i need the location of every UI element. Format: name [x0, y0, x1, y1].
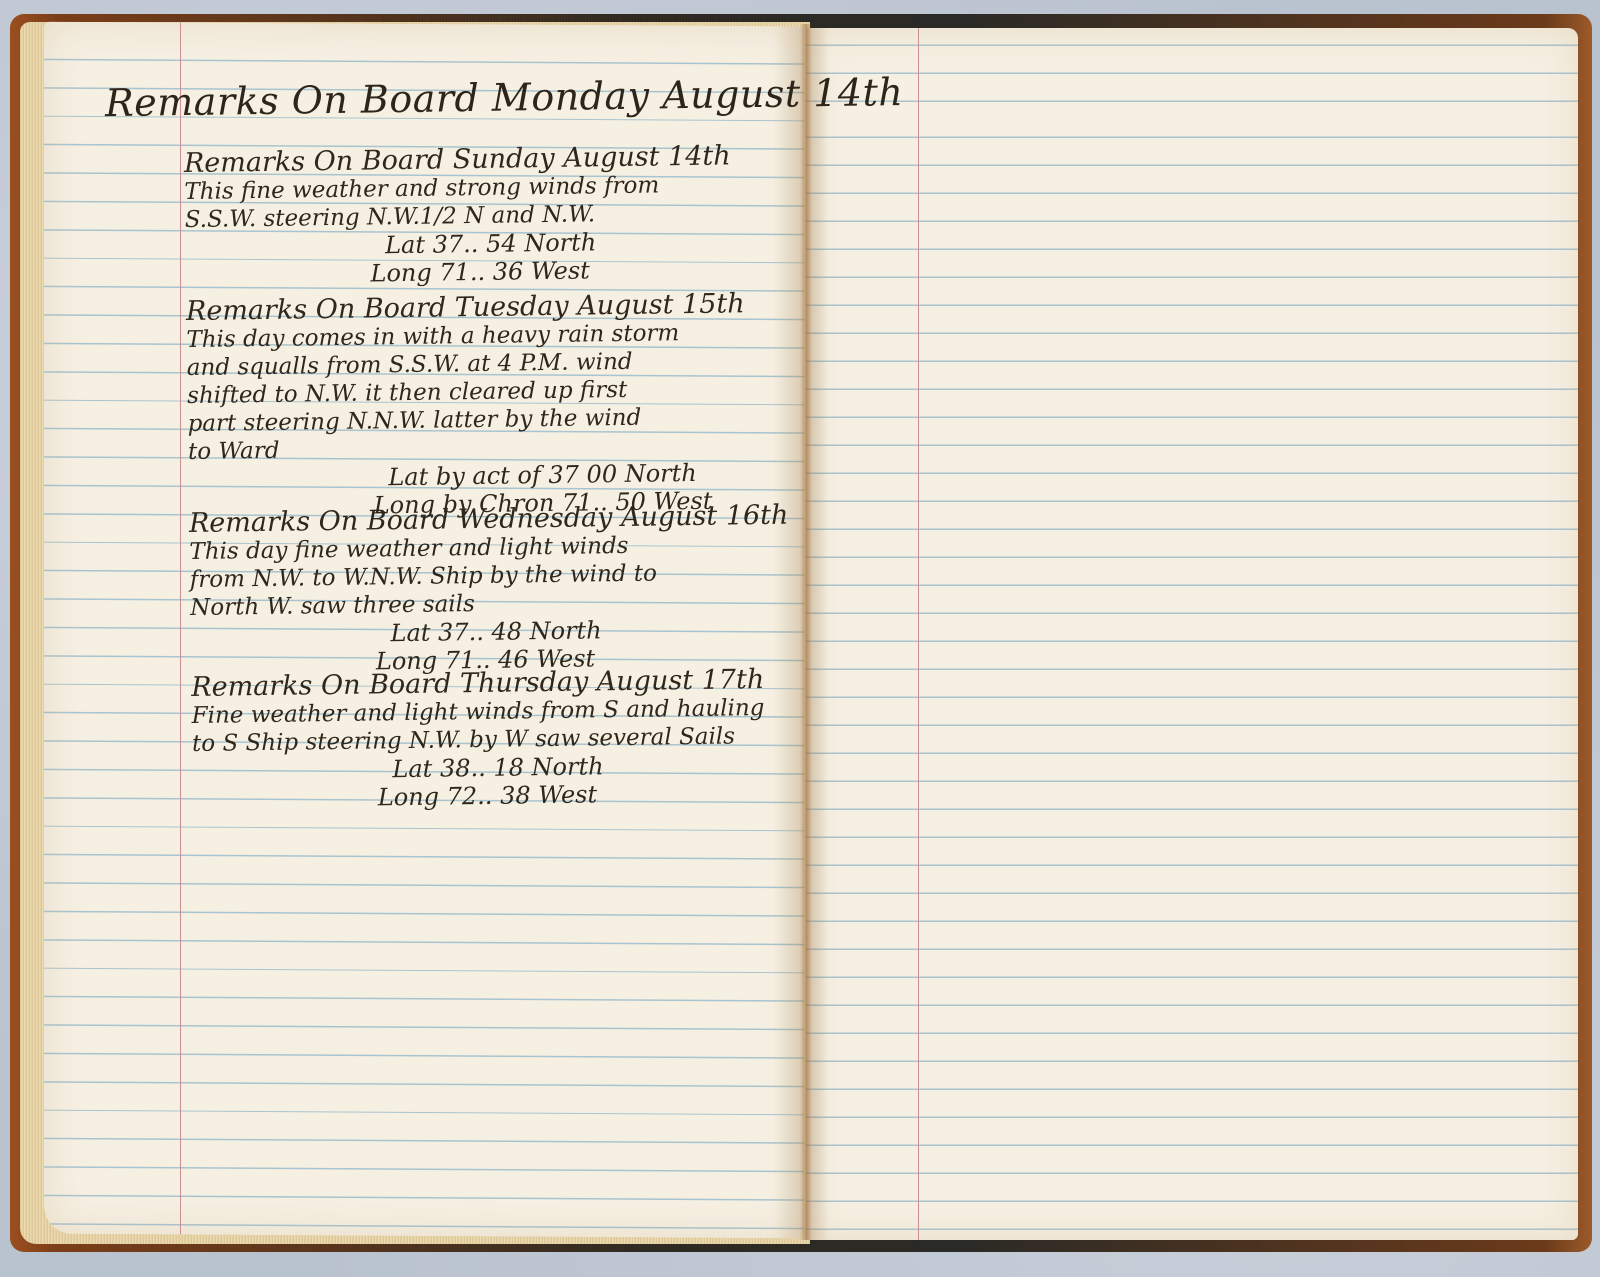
log-entry: Remarks On Board Thursday August 17th Fi…: [191, 666, 793, 814]
margin-rule: [918, 28, 919, 1240]
log-entry: Remarks On Board Tuesday August 15th Thi…: [186, 290, 789, 522]
right-page: [806, 28, 1578, 1240]
log-content: Remarks On Board Monday August 14th Rema…: [44, 13, 821, 1235]
log-entry: Remarks On Board Wednesday August 16th T…: [189, 502, 791, 678]
page-heading: Remarks On Board Monday August 14th: [105, 70, 904, 125]
log-entry: Remarks On Board Sunday August 14th This…: [184, 142, 786, 290]
